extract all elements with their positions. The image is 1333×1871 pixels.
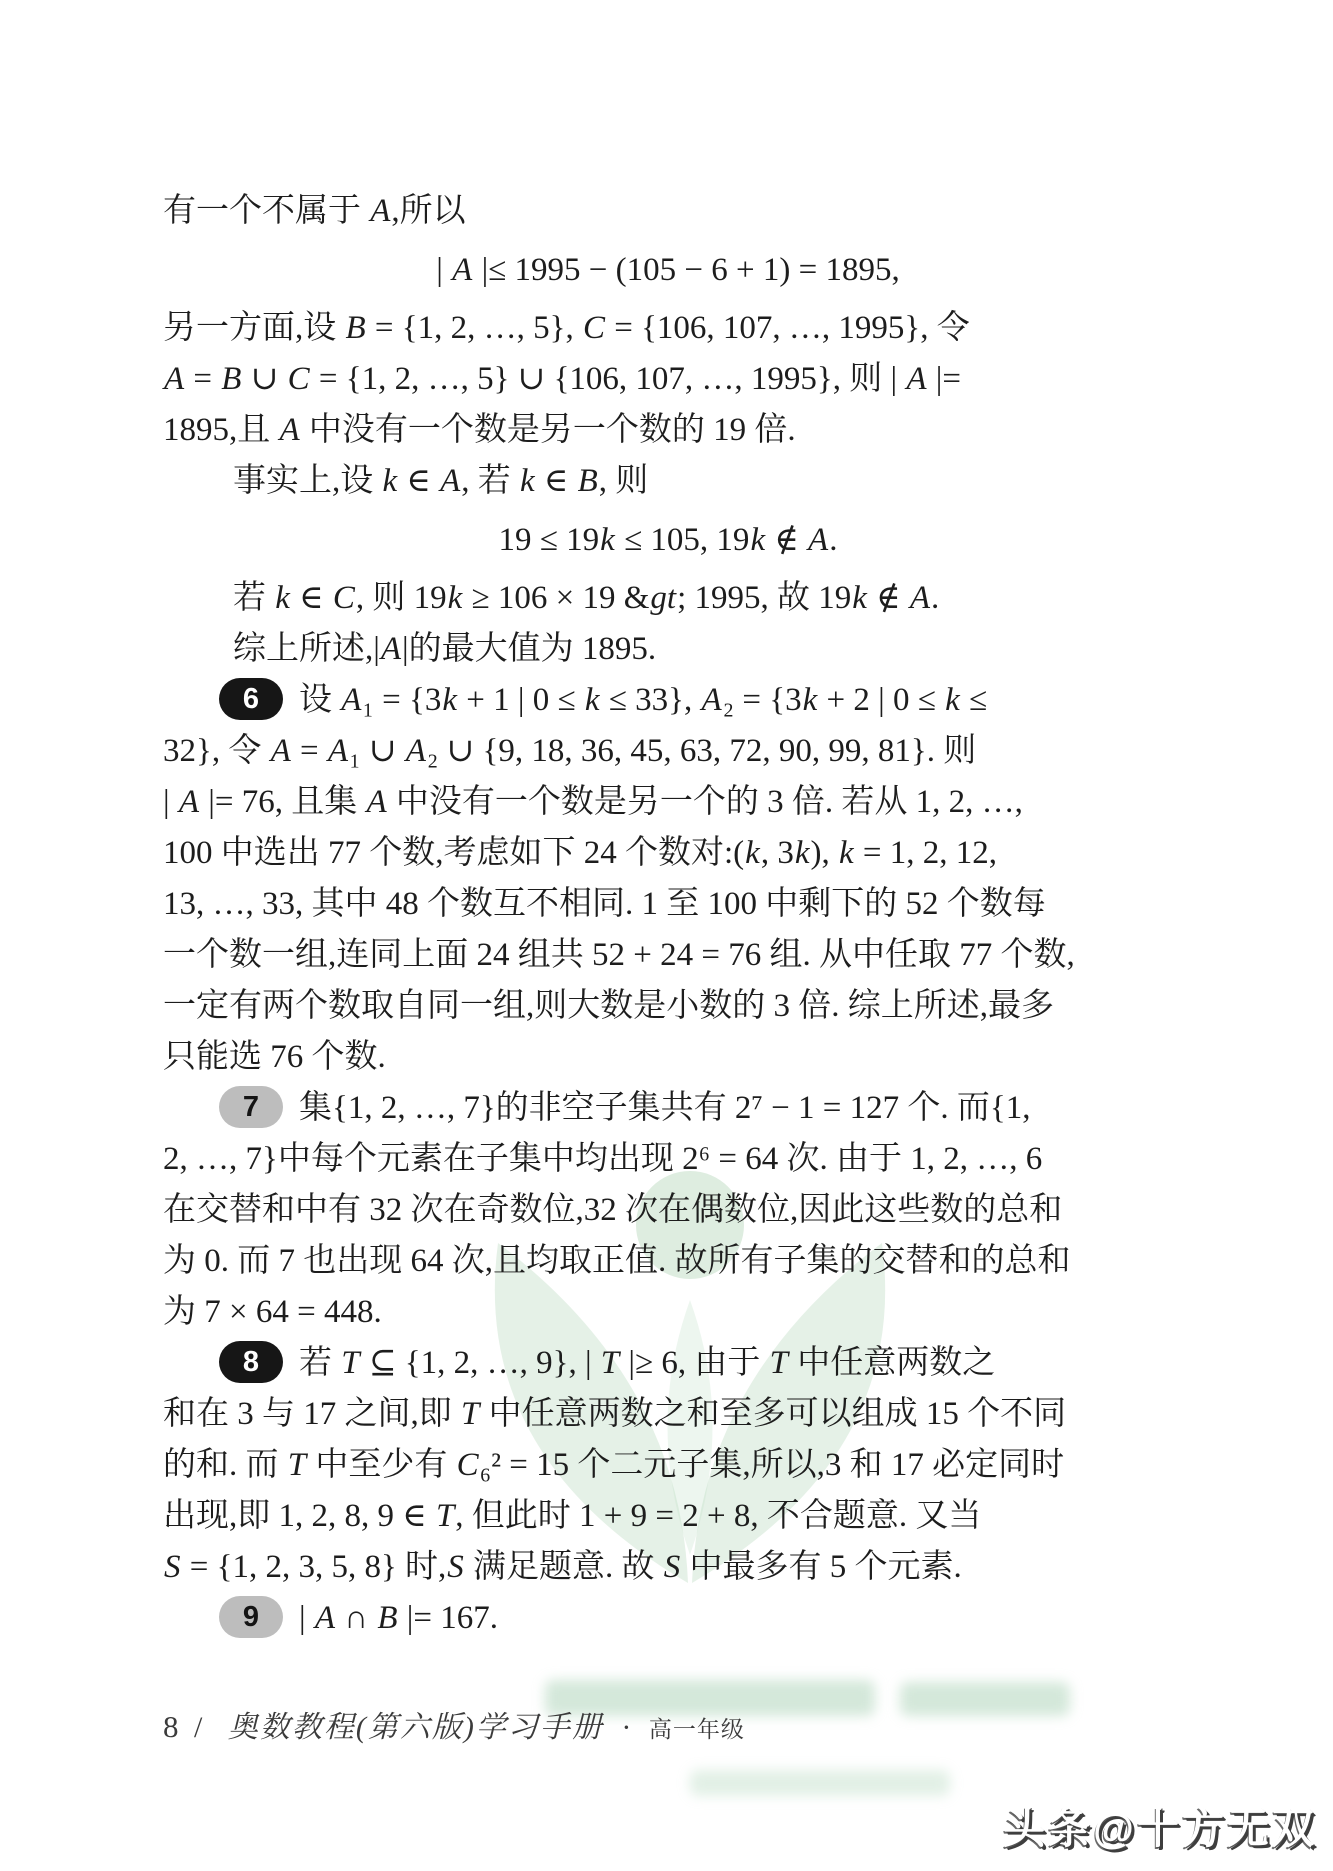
text-line: 若 k ∈ C, 则 19k ≥ 106 × 19 &gt; 1995, 故 1… [163, 573, 1173, 624]
item-badge-6: 6 [219, 678, 283, 720]
formula-line: | A |≤ 1995 − (105 − 6 + 1) = 1895, [163, 237, 1173, 303]
line-text: 为 7 × 64 = 448. [163, 1294, 382, 1330]
green-watermark-blob [690, 1770, 950, 1796]
social-watermark: 头条@十方无双 [1003, 1796, 1317, 1856]
text-line: 综上所述,|A|的最大值为 1895. [163, 624, 1173, 675]
line-text: | A |= 76, 且集 A 中没有一个数是另一个的 3 倍. 若从 1, 2… [163, 784, 1023, 820]
text-line: 只能选 76 个数. [163, 1032, 1173, 1083]
line-text: 事实上,设 k ∈ A, 若 k ∈ B, 则 [233, 463, 648, 499]
text-line: 7集{1, 2, …, 7}的非空子集共有 2⁷ − 1 = 127 个. 而{… [163, 1083, 1173, 1134]
line-text: 13, …, 33, 其中 48 个数互不相同. 1 至 100 中剩下的 52… [163, 886, 1046, 922]
line-text: 的和. 而 T 中至少有 C₆² = 15 个二元子集,所以,3 和 17 必定… [163, 1447, 1064, 1483]
line-text: 在交替和中有 32 次在奇数位,32 次在偶数位,因此这些数的总和 [163, 1192, 1062, 1228]
line-text: 只能选 76 个数. [163, 1039, 386, 1075]
content-area: 有一个不属于 A,所以| A |≤ 1995 − (105 − 6 + 1) =… [163, 186, 1173, 1644]
text-line: | A |= 76, 且集 A 中没有一个数是另一个的 3 倍. 若从 1, 2… [163, 777, 1173, 828]
green-watermark-blob [900, 1682, 1070, 1716]
footer-page-number: 8 [163, 1709, 179, 1744]
text-line: 另一方面,设 B = {1, 2, …, 5}, C = {106, 107, … [163, 303, 1173, 354]
line-text: 另一方面,设 B = {1, 2, …, 5}, C = {106, 107, … [163, 310, 970, 346]
footer-book-title: 奥数教程(第六版)学习手册 [228, 1711, 604, 1744]
line-text: | A ∩ B |= 167. [299, 1600, 498, 1636]
line-text: 19 ≤ 19k ≤ 105, 19k ∉ A. [499, 522, 838, 558]
line-text: 一定有两个数取自同一组,则大数是小数的 3 倍. 综上所述,最多 [163, 988, 1054, 1024]
line-text: 32}, 令 A = A₁ ∪ A₂ ∪ {9, 18, 36, 45, 63,… [163, 733, 976, 769]
formula-line: 19 ≤ 19k ≤ 105, 19k ∉ A. [163, 507, 1173, 573]
page-footer: 8 / 奥数教程(第六版)学习手册 · 高一年级 [163, 1702, 745, 1746]
text-line: 事实上,设 k ∈ A, 若 k ∈ B, 则 [163, 456, 1173, 507]
line-text: | A |≤ 1995 − (105 − 6 + 1) = 1895, [436, 252, 899, 288]
text-line: 一个数一组,连同上面 24 组共 52 + 24 = 76 组. 从中任取 77… [163, 930, 1173, 981]
line-text: 出现,即 1, 2, 8, 9 ∈ T, 但此时 1 + 9 = 2 + 8, … [163, 1498, 981, 1534]
footer-grade-label: 高一年级 [649, 1717, 745, 1742]
line-text: A = B ∪ C = {1, 2, …, 5} ∪ {106, 107, …,… [163, 361, 961, 397]
line-text: 100 中选出 77 个数,考虑如下 24 个数对:(k, 3k), k = 1… [163, 835, 997, 871]
text-line: 1895,且 A 中没有一个数是另一个数的 19 倍. [163, 405, 1173, 456]
text-line: A = B ∪ C = {1, 2, …, 5} ∪ {106, 107, …,… [163, 354, 1173, 405]
footer-dot: · [621, 1711, 631, 1744]
line-text: 2, …, 7}中每个元素在子集中均出现 2⁶ = 64 次. 由于 1, 2,… [163, 1141, 1042, 1177]
item-badge-8: 8 [219, 1341, 283, 1383]
text-line: 有一个不属于 A,所以 [163, 186, 1173, 237]
line-text: 有一个不属于 A,所以 [163, 193, 466, 229]
line-text: 和在 3 与 17 之间,即 T 中任意两数之和至多可以组成 15 个不同 [163, 1396, 1066, 1432]
text-line: 在交替和中有 32 次在奇数位,32 次在偶数位,因此这些数的总和 [163, 1185, 1173, 1236]
line-text: 若 T ⊆ {1, 2, …, 9}, | T |≥ 6, 由于 T 中任意两数… [299, 1345, 995, 1381]
line-text: 1895,且 A 中没有一个数是另一个数的 19 倍. [163, 412, 796, 448]
text-line: 2, …, 7}中每个元素在子集中均出现 2⁶ = 64 次. 由于 1, 2,… [163, 1134, 1173, 1185]
text-line: 出现,即 1, 2, 8, 9 ∈ T, 但此时 1 + 9 = 2 + 8, … [163, 1491, 1173, 1542]
line-text: 集{1, 2, …, 7}的非空子集共有 2⁷ − 1 = 127 个. 而{1… [299, 1090, 1031, 1126]
text-line: 32}, 令 A = A₁ ∪ A₂ ∪ {9, 18, 36, 45, 63,… [163, 726, 1173, 777]
text-line: 8若 T ⊆ {1, 2, …, 9}, | T |≥ 6, 由于 T 中任意两… [163, 1338, 1173, 1389]
line-text: 一个数一组,连同上面 24 组共 52 + 24 = 76 组. 从中任取 77… [163, 937, 1075, 973]
line-text: 为 0. 而 7 也出现 64 次,且均取正值. 故所有子集的交替和的总和 [163, 1243, 1071, 1279]
line-text: 综上所述,|A|的最大值为 1895. [233, 631, 656, 667]
line-text: 若 k ∈ C, 则 19k ≥ 106 × 19 &gt; 1995, 故 1… [233, 580, 939, 616]
item-badge-9: 9 [219, 1596, 283, 1638]
line-text: 设 A₁ = {3k + 1 | 0 ≤ k ≤ 33}, A₂ = {3k +… [299, 682, 987, 718]
item-badge-7: 7 [219, 1086, 283, 1128]
text-line: 为 0. 而 7 也出现 64 次,且均取正值. 故所有子集的交替和的总和 [163, 1236, 1173, 1287]
text-line: 一定有两个数取自同一组,则大数是小数的 3 倍. 综上所述,最多 [163, 981, 1173, 1032]
text-line: S = {1, 2, 3, 5, 8} 时,S 满足题意. 故 S 中最多有 5… [163, 1542, 1173, 1593]
footer-separator: / [194, 1711, 202, 1744]
text-line: 的和. 而 T 中至少有 C₆² = 15 个二元子集,所以,3 和 17 必定… [163, 1440, 1173, 1491]
text-line: 100 中选出 77 个数,考虑如下 24 个数对:(k, 3k), k = 1… [163, 828, 1173, 879]
text-line: 9| A ∩ B |= 167. [163, 1593, 1173, 1644]
text-line: 为 7 × 64 = 448. [163, 1287, 1173, 1338]
text-line: 和在 3 与 17 之间,即 T 中任意两数之和至多可以组成 15 个不同 [163, 1389, 1173, 1440]
line-text: S = {1, 2, 3, 5, 8} 时,S 满足题意. 故 S 中最多有 5… [163, 1549, 962, 1585]
text-line: 13, …, 33, 其中 48 个数互不相同. 1 至 100 中剩下的 52… [163, 879, 1173, 930]
text-line: 6设 A₁ = {3k + 1 | 0 ≤ k ≤ 33}, A₂ = {3k … [163, 675, 1173, 726]
